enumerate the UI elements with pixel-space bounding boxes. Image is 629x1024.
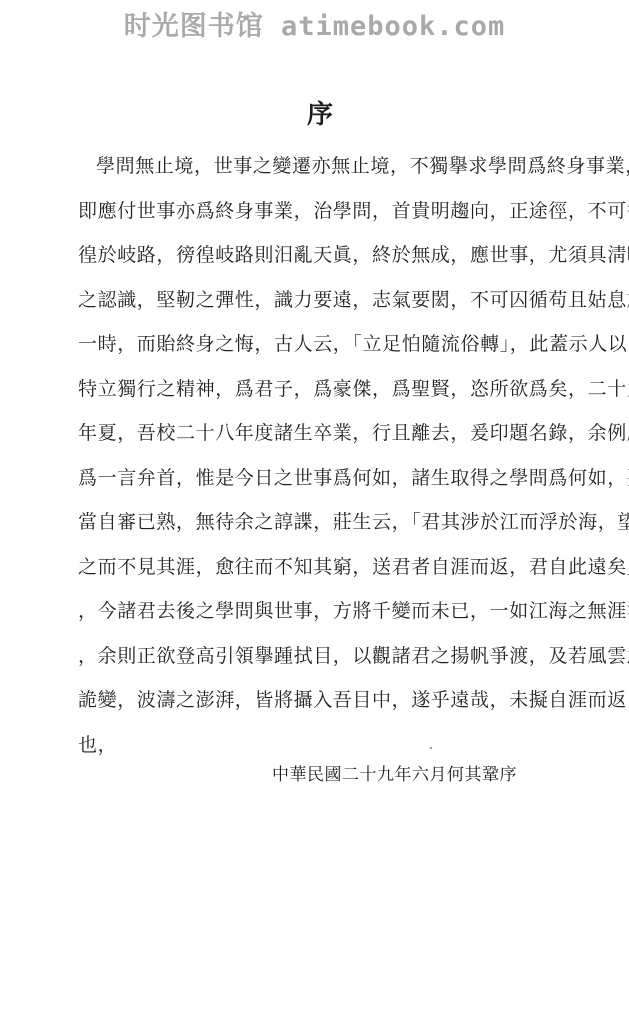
text-line: ，余則正欲登高引領擧踵拭目，以觀諸君之揚帆爭渡，及若風雲之 (78, 640, 558, 685)
text-line: 一時，而貽終身之悔，古人云，「立足怕隨流俗轉」，此蓋示人以 (78, 328, 558, 373)
text-line: 爲一言弁首，惟是今日之世事爲何如，諸生取得之學問爲何如，要 (78, 462, 558, 507)
text-line: 即應付世事亦爲終身事業，治學問，首貴明趨向，正途徑，不可徬 (78, 195, 558, 240)
preface-body: 學問無止境，世事之變遷亦無止境，不獨擧求學問爲終身事業， 即應付世事亦爲終身事業… (78, 150, 558, 773)
text-line: 學問無止境，世事之變遷亦無止境，不獨擧求學問爲終身事業， (78, 150, 558, 195)
text-line: 詭變，波濤之澎湃，皆將攝入吾目中，遂乎遠哉，未擬自涯而返 (78, 684, 558, 729)
text-line: 之認識，堅靭之彈性，識力要遠，志氣要閎，不可囚循苟且姑息於 (78, 284, 558, 329)
scan-speck (430, 747, 432, 749)
text-line: 年夏，吾校二十八年度諸生卒業，行且離去，爰印題名錄，余例應 (78, 417, 558, 462)
page-title: 序 (300, 94, 340, 131)
text-line: 特立獨行之精神，爲君子，爲豪傑，爲聖賢，恣所欲爲矣，二十九 (78, 373, 558, 418)
text-line: 之而不見其涯，愈往而不知其窮，送君者自涯而返，君自此遠矣」 (78, 551, 558, 596)
text-line: ，今諸君去後之學問與世事，方將千變而未已，一如江海之無涯涘 (78, 595, 558, 640)
text-line: 徨於岐路，徬徨岐路則汨亂天眞，終於無成，應世事，尤須具淸晰 (78, 239, 558, 284)
signature: 中華民國二十九年六月何其鞏序 (272, 760, 517, 785)
text-line: 當自審已熟，無待余之諄諜，莊生云，「君其涉於江而浮於海，望 (78, 506, 558, 551)
watermark: 时光图书馆 atimebook.com (0, 4, 629, 43)
